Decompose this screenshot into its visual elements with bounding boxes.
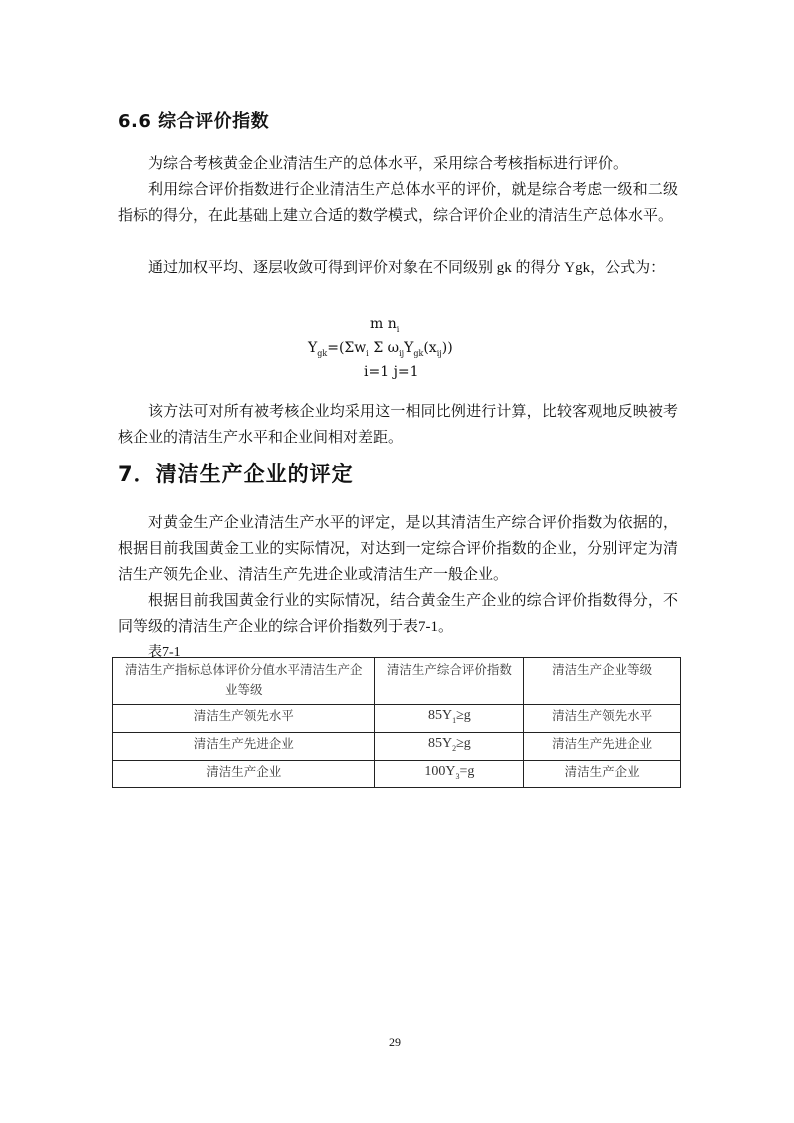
paragraph: 通过加权平均、逐层收敛可得到评价对象在不同级别 gk 的得分 Ygk，公式为： [118,255,678,281]
paragraph: 利用综合评价指数进行企业清洁生产总体水平的评价，就是综合考虑一级和二级指标的得分… [118,177,678,229]
table-header-cell: 清洁生产指标总体评价分值水平清洁生产企业等级 [113,658,375,705]
table-header-cell: 清洁生产企业等级 [524,658,681,705]
table-header-row: 清洁生产指标总体评价分值水平清洁生产企业等级 清洁生产综合评价指数 清洁生产企业… [113,658,681,705]
table-row: 清洁生产领先水平 85Y1≥g 清洁生产领先水平 [113,705,681,733]
section-heading-6-6: 6.6 综合评价指数 [118,107,269,133]
table-row: 清洁生产先进企业 85Y2≥g 清洁生产先进企业 [113,732,681,760]
table-cell-level: 清洁生产先进企业 [113,732,375,760]
paragraph: 为综合考核黄金企业清洁生产的总体水平，采用综合考核指标进行评价。 [118,151,678,177]
table-cell-grade: 清洁生产先进企业 [524,732,681,760]
table-header-cell: 清洁生产综合评价指数 [375,658,524,705]
table-row: 清洁生产企业 100Y3=g 清洁生产企业 [113,760,681,788]
table-cell-level: 清洁生产领先水平 [113,705,375,733]
table-cell-grade: 清洁生产企业 [524,760,681,788]
table-cell-index: 100Y3=g [375,760,524,788]
formula-lower-limits: i=1 j=1 [364,360,419,384]
table-cell-level: 清洁生产企业 [113,760,375,788]
table-cell-grade: 清洁生产领先水平 [524,705,681,733]
table-cell-index: 85Y1≥g [375,705,524,733]
evaluation-table: 清洁生产指标总体评价分值水平清洁生产企业等级 清洁生产综合评价指数 清洁生产企业… [112,657,681,788]
page-number: 29 [389,1035,401,1050]
document-page: 6.6 综合评价指数 为综合考核黄金企业清洁生产的总体水平，采用综合考核指标进行… [0,0,794,1123]
table-cell-index: 85Y2≥g [375,732,524,760]
paragraph: 根据目前我国黄金行业的实际情况，结合黄金生产企业的综合评价指数得分，不同等级的清… [118,588,678,640]
section-heading-7: 7．清洁生产企业的评定 [118,458,354,488]
paragraph: 该方法可对所有被考核企业均采用这一相同比例进行计算，比较客观地反映被考核企业的清… [118,399,678,451]
paragraph: 对黄金生产企业清洁生产水平的评定，是以其清洁生产综合评价指数为依据的，根据目前我… [118,510,678,588]
